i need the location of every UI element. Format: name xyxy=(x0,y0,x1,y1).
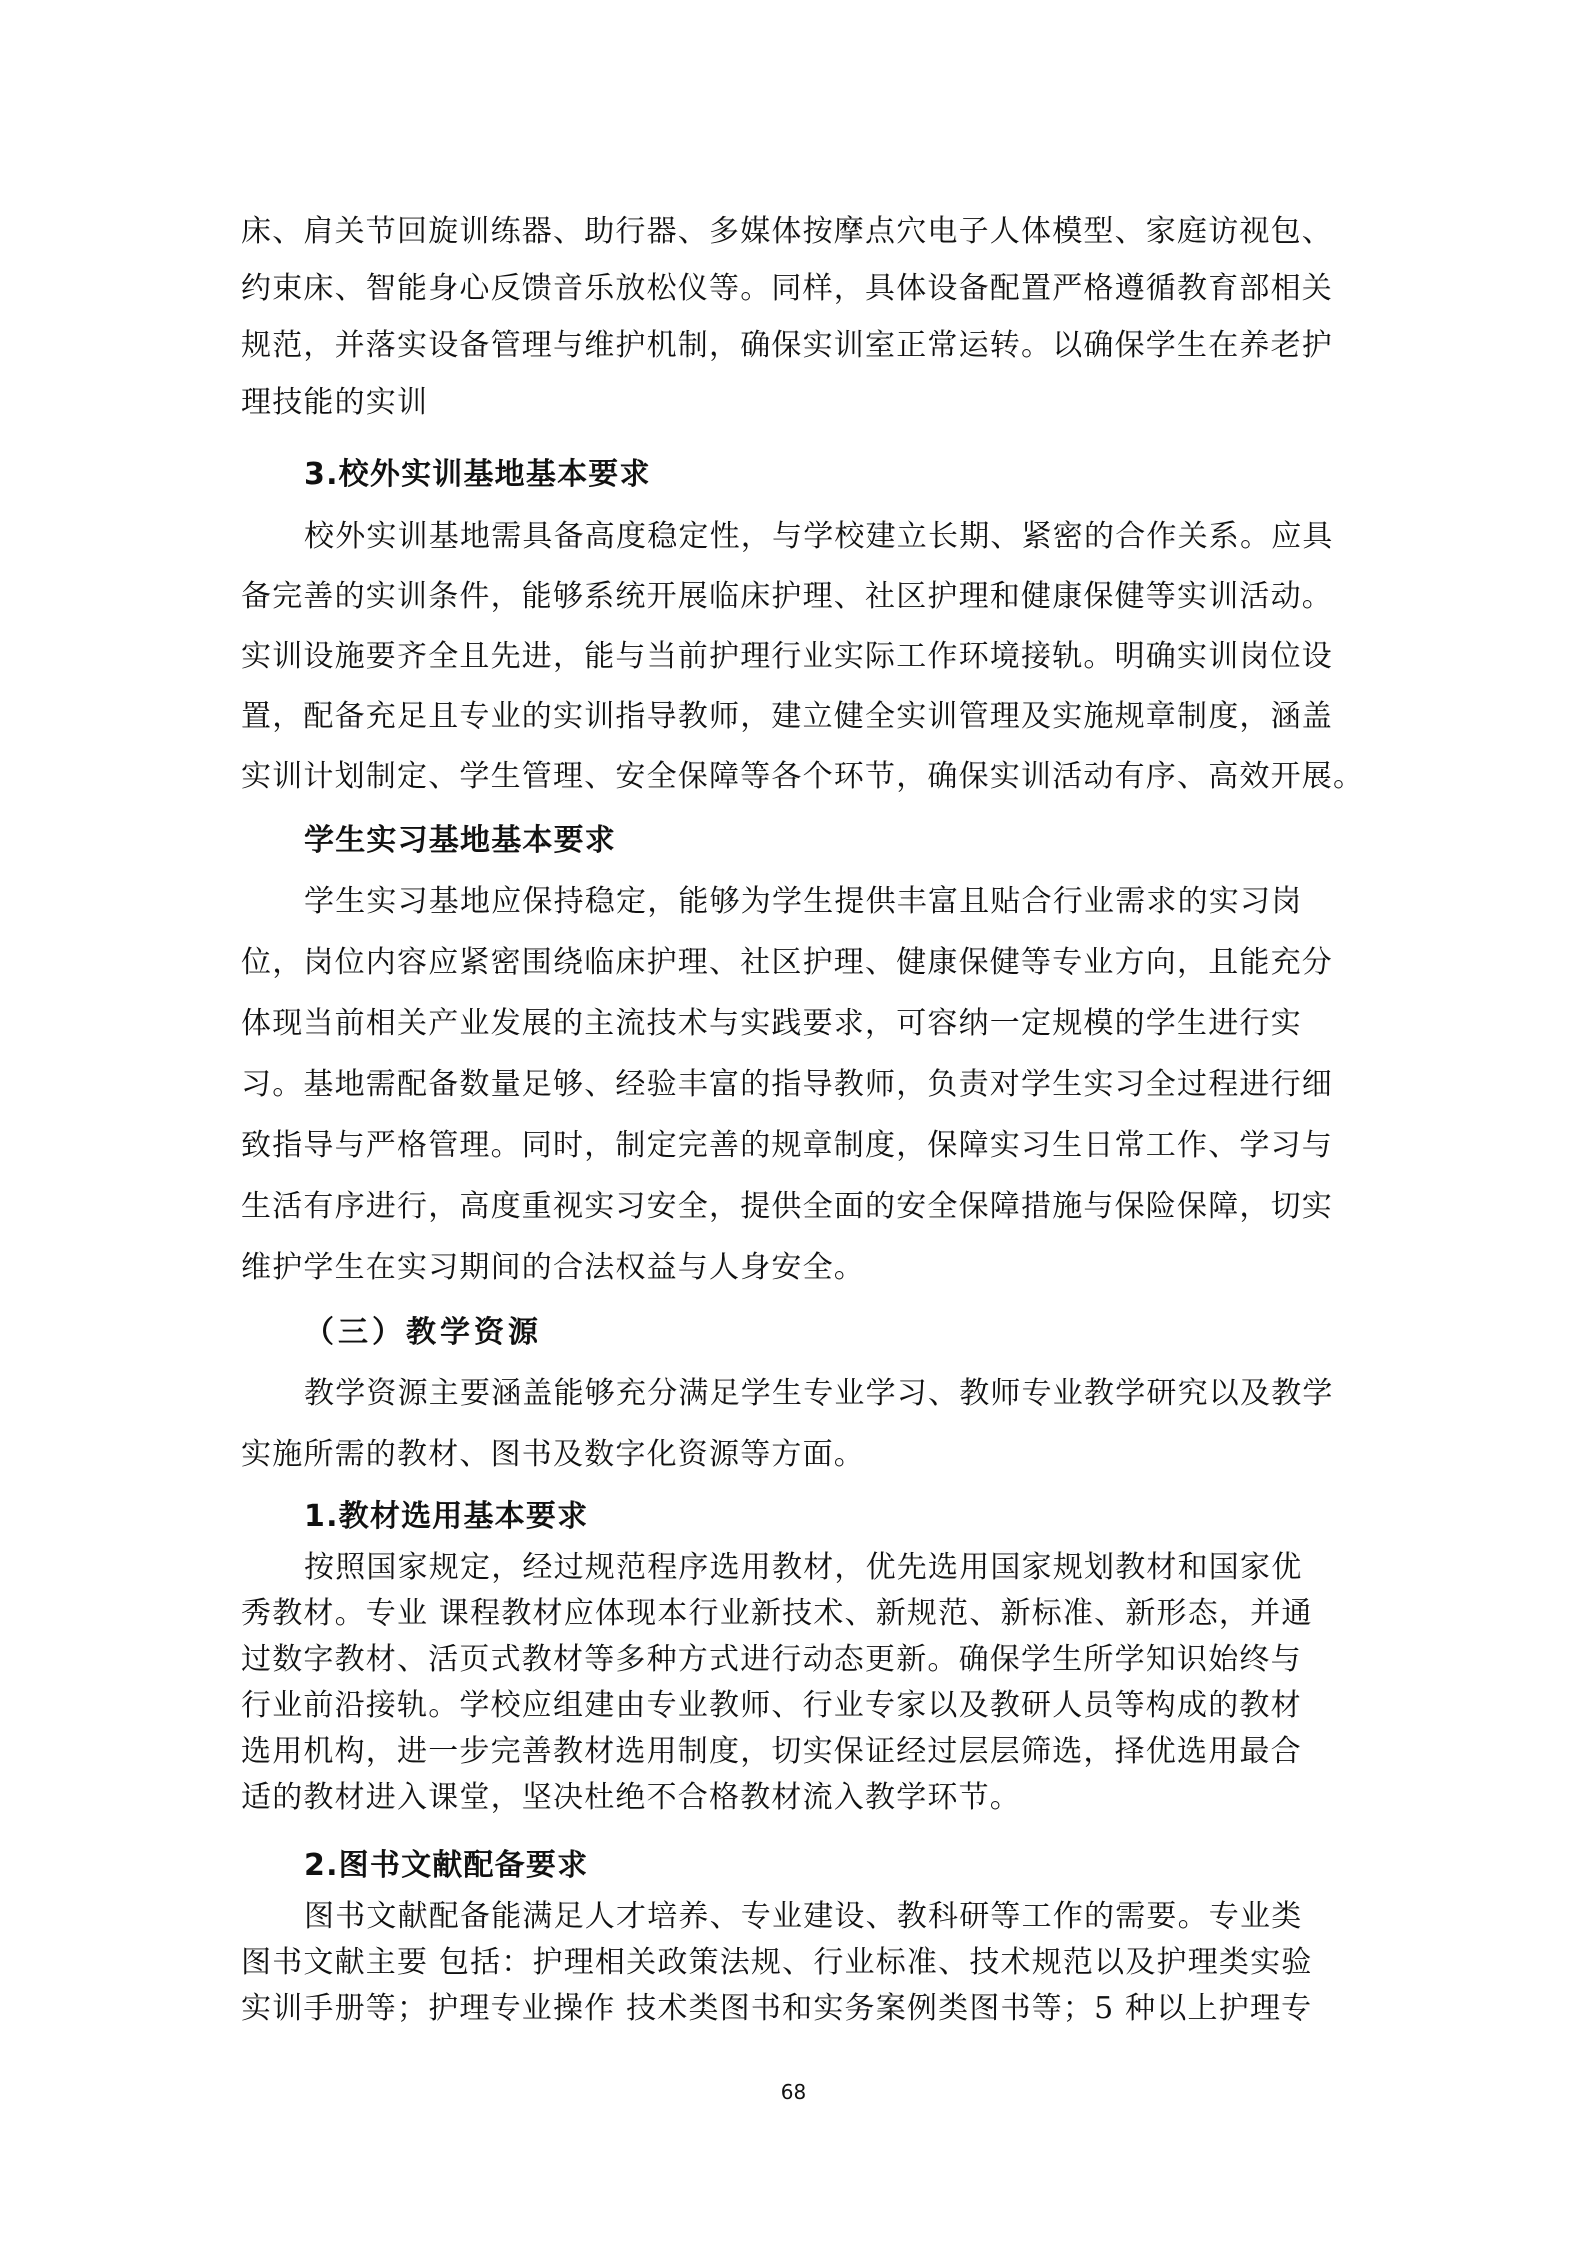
paragraph-line: 图书文献配备能满足人才培养、专业建设、教科研等工作的需要。专业类 xyxy=(304,1897,1414,1937)
paragraph-line: 按照国家规定，经过规范程序选用教材，优先选用国家规划教材和国家优 xyxy=(304,1548,1414,1588)
paragraph-line: 行业前沿接轨。学校应组建由专业教师、行业专家以及教研人员等构成的教材 xyxy=(241,1686,1351,1726)
paragraph-line: 理技能的实训 xyxy=(241,383,1351,423)
paragraph-line: 实训计划制定、学生管理、安全保障等各个环节，确保实训活动有序、高效开展。 xyxy=(241,757,1351,797)
section-heading: 学生实习基地基本要求 xyxy=(304,821,1414,861)
paragraph-line: 习。基地需配备数量足够、经验丰富的指导教师，负责对学生实习全过程进行细 xyxy=(241,1065,1351,1105)
paragraph-line: 床、肩关节回旋训练器、助行器、多媒体按摩点穴电子人体模型、家庭访视包、 xyxy=(241,212,1351,252)
section-heading: 1.教材选用基本要求 xyxy=(304,1497,1414,1537)
paragraph-line: 图书文献主要 包括：护理相关政策法规、行业标准、技术规范以及护理类实验 xyxy=(241,1943,1351,1983)
paragraph-line: 置，配备充足且专业的实训指导教师，建立健全实训管理及实施规章制度，涵盖 xyxy=(241,697,1351,737)
paragraph-line: 规范，并落实设备管理与维护机制，确保实训室正常运转。以确保学生在养老护 xyxy=(241,326,1351,366)
paragraph-line: 维护学生在实习期间的合法权益与人身安全。 xyxy=(241,1248,1351,1288)
paragraph-line: 适的教材进入课堂，坚决杜绝不合格教材流入教学环节。 xyxy=(241,1778,1351,1818)
section-heading: 2.图书文献配备要求 xyxy=(304,1846,1414,1886)
paragraph-line: 过数字教材、活页式教材等多种方式进行动态更新。确保学生所学知识始终与 xyxy=(241,1640,1351,1680)
paragraph-line: 实施所需的教材、图书及数字化资源等方面。 xyxy=(241,1435,1351,1475)
paragraph-line: 教学资源主要涵盖能够充分满足学生专业学习、教师专业教学研究以及教学 xyxy=(304,1374,1414,1414)
paragraph-line: 生活有序进行，高度重视实习安全，提供全面的安全保障措施与保险保障，切实 xyxy=(241,1187,1351,1227)
paragraph-line: 实训手册等；护理专业操作 技术类图书和实务案例类图书等；5 种以上护理专 xyxy=(241,1989,1351,2029)
paragraph-line: 选用机构，进一步完善教材选用制度，切实保证经过层层筛选，择优选用最合 xyxy=(241,1732,1351,1772)
section-heading: （三）教学资源 xyxy=(304,1313,1414,1353)
section-heading: 3.校外实训基地基本要求 xyxy=(304,455,1414,495)
paragraph-line: 备完善的实训条件，能够系统开展临床护理、社区护理和健康保健等实训活动。 xyxy=(241,577,1351,617)
paragraph-line: 约束床、智能身心反馈音乐放松仪等。同样，具体设备配置严格遵循教育部相关 xyxy=(241,269,1351,309)
paragraph-line: 实训设施要齐全且先进，能与当前护理行业实际工作环境接轨。明确实训岗位设 xyxy=(241,637,1351,677)
paragraph-line: 学生实习基地应保持稳定，能够为学生提供丰富且贴合行业需求的实习岗 xyxy=(304,882,1414,922)
document-page: 床、肩关节回旋训练器、助行器、多媒体按摩点穴电子人体模型、家庭访视包、约束床、智… xyxy=(0,0,1587,2245)
paragraph-line: 致指导与严格管理。同时，制定完善的规章制度，保障实习生日常工作、学习与 xyxy=(241,1126,1351,1166)
page-number: 68 xyxy=(0,2080,1587,2104)
paragraph-line: 校外实训基地需具备高度稳定性，与学校建立长期、紧密的合作关系。应具 xyxy=(304,517,1414,557)
paragraph-line: 体现当前相关产业发展的主流技术与实践要求，可容纳一定规模的学生进行实 xyxy=(241,1004,1351,1044)
paragraph-line: 位，岗位内容应紧密围绕临床护理、社区护理、健康保健等专业方向，且能充分 xyxy=(241,943,1351,983)
paragraph-line: 秀教材。专业 课程教材应体现本行业新技术、新规范、新标准、新形态，并通 xyxy=(241,1594,1351,1634)
